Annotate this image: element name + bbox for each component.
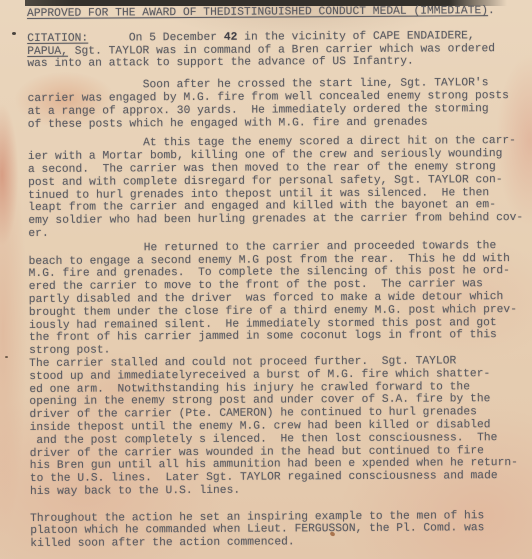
paragraph: He returned to the carrier and proceeded… [28, 240, 532, 358]
ink-speck [12, 32, 16, 35]
paragraph: Throughout the action he set an inspirin… [30, 510, 532, 551]
ink-speck [5, 356, 8, 358]
citation-line1-rest: in the vicinity of CAPE ENDAIDERE, [237, 30, 474, 43]
text-line: was into an attack to support the advanc… [27, 55, 530, 71]
citation-gap [88, 32, 129, 44]
heading-text: APPROVED FOR THE AWARD OF THEDISTINGUISH… [27, 5, 488, 20]
citation-line2-rest: Sgt. TAYLOR was in command of a Bren car… [68, 43, 495, 58]
paragraph: Soon after he crossed the start line, Sg… [27, 77, 530, 131]
paragraph: The carrier stalled and could not procee… [29, 355, 532, 499]
citation-year: 42 [224, 32, 238, 44]
document-heading: APPROVED FOR THE AWARD OF THEDISTINGUISH… [27, 5, 530, 21]
citation-date-pre: On 5 December [129, 32, 224, 45]
text-line: his way back to the U.S. lines. [30, 483, 532, 499]
citation-body: Soon after he crossed the start line, Sg… [27, 77, 532, 551]
heading-period: . [488, 5, 495, 17]
citation-paragraph: CITATION: On 5 December 42 in the vicini… [27, 30, 530, 71]
citation-place: PAPUA, [27, 45, 68, 57]
paragraph: At this tage the enemy scored a direct h… [28, 135, 532, 240]
citation-label: CITATION: [27, 32, 88, 44]
document-content: APPROVED FOR THE AWARD OF THEDISTINGUISH… [27, 5, 532, 551]
text-line: of these posts which he engaged with M.G… [28, 116, 531, 132]
